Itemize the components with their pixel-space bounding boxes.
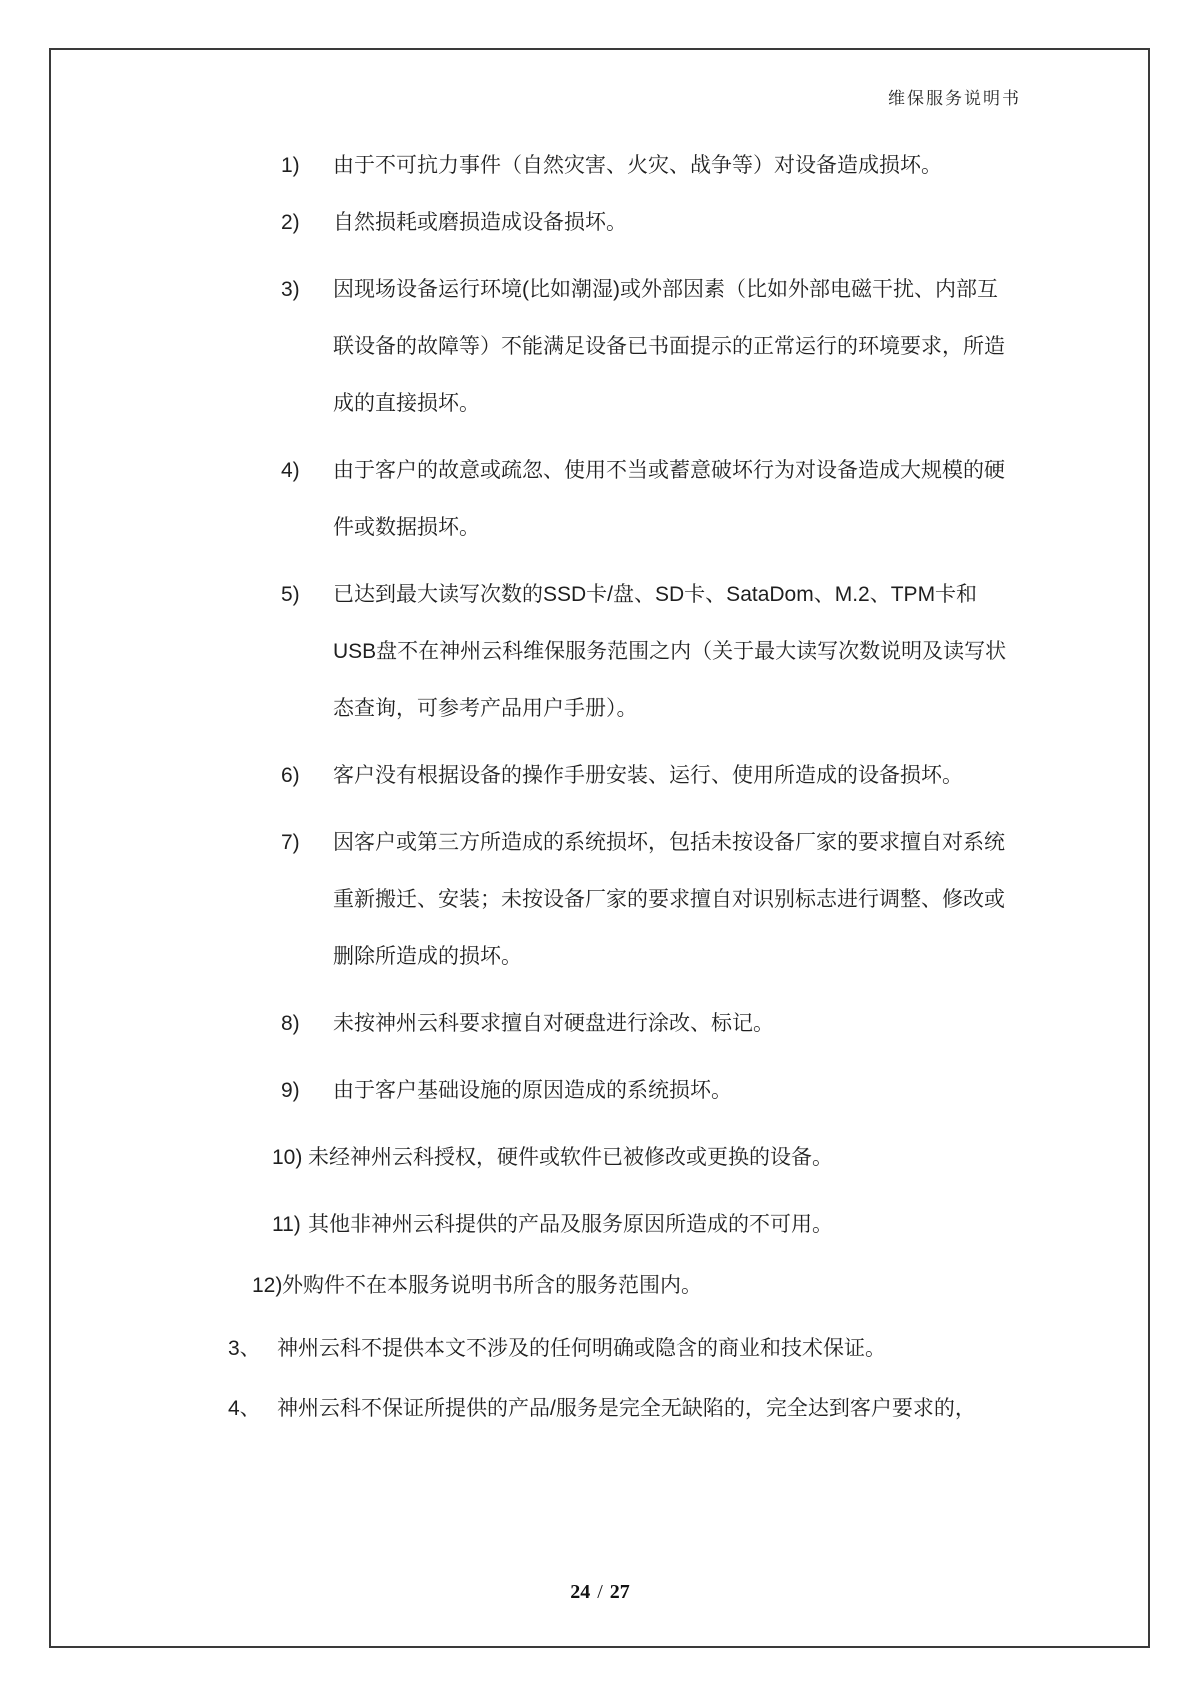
- text-line: 客户没有根据设备的操作手册安装、运行、使用所造成的设备损坏。: [333, 747, 963, 804]
- list-item-outer-3-text: 神州云科不提供本文不涉及的任何明确或隐含的商业和技术保证。: [277, 1320, 886, 1377]
- list-item-10-text: 未经神州云科授权，硬件或软件已被修改或更换的设备。: [308, 1129, 833, 1186]
- list-item-1-number: 1): [281, 137, 333, 194]
- list-item-6-text: 客户没有根据设备的操作手册安装、运行、使用所造成的设备损坏。: [333, 747, 963, 804]
- list-item-3-number: 3): [281, 261, 333, 432]
- list-item-5-number: 5): [281, 566, 333, 737]
- text-line: 由于客户的故意或疏忽、使用不当或蓄意破坏行为对设备造成大规模的硬: [333, 442, 1005, 499]
- list-item-7: 7) 因客户或第三方所造成的系统损坏，包括未按设备厂家的要求擅自对系统 重新搬迁…: [281, 814, 1200, 985]
- text-line: 未经神州云科授权，硬件或软件已被修改或更换的设备。: [308, 1129, 833, 1186]
- list-item-3-text: 因现场设备运行环境(比如潮湿)或外部因素（比如外部电磁干扰、内部互 联设备的故障…: [333, 261, 1005, 432]
- text-line: 态查询，可参考产品用户手册）。: [333, 680, 1006, 737]
- list-item-6-number: 6): [281, 747, 333, 804]
- list-item-outer-3-number: 3、: [228, 1320, 277, 1377]
- list-item-8-text: 未按神州云科要求擅自对硬盘进行涂改、标记。: [333, 995, 774, 1052]
- text-line: 已达到最大读写次数的SSD卡/盘、SD卡、SataDom、M.2、TPM卡和: [333, 566, 1006, 623]
- list-item-4-text: 由于客户的故意或疏忽、使用不当或蓄意破坏行为对设备造成大规模的硬 件或数据损坏。: [333, 442, 1005, 556]
- text-line: 神州云科不保证所提供的产品/服务是完全无缺陷的，完全达到客户要求的，: [277, 1380, 976, 1437]
- list-item-12-number: 12): [252, 1257, 282, 1314]
- list-item-3: 3) 因现场设备运行环境(比如潮湿)或外部因素（比如外部电磁干扰、内部互 联设备…: [281, 261, 1200, 432]
- list-item-outer-4: 4、 神州云科不保证所提供的产品/服务是完全无缺陷的，完全达到客户要求的，: [228, 1380, 1200, 1437]
- page-number-current: 24: [570, 1581, 590, 1603]
- document-title: 维保服务说明书: [888, 89, 1021, 108]
- page-header: 维保服务说明书: [0, 84, 1021, 109]
- list-item-5-text: 已达到最大读写次数的SSD卡/盘、SD卡、SataDom、M.2、TPM卡和 U…: [333, 566, 1006, 737]
- list-item-7-number: 7): [281, 814, 333, 985]
- text-line: 因现场设备运行环境(比如潮湿)或外部因素（比如外部电磁干扰、内部互: [333, 261, 1005, 318]
- list-item-5: 5) 已达到最大读写次数的SSD卡/盘、SD卡、SataDom、M.2、TPM卡…: [281, 566, 1200, 737]
- text-line: 删除所造成的损坏。: [333, 928, 1005, 985]
- list-item-10-number: 10): [272, 1129, 308, 1186]
- page-number-total: 27: [610, 1581, 630, 1603]
- list-item-9: 9) 由于客户基础设施的原因造成的系统损坏。: [281, 1062, 1200, 1119]
- text-line: 件或数据损坏。: [333, 499, 1005, 556]
- list-item-9-number: 9): [281, 1062, 333, 1119]
- list-item-9-text: 由于客户基础设施的原因造成的系统损坏。: [333, 1062, 732, 1119]
- list-item-outer-3: 3、 神州云科不提供本文不涉及的任何明确或隐含的商业和技术保证。: [228, 1320, 1200, 1377]
- list-item-10: 10) 未经神州云科授权，硬件或软件已被修改或更换的设备。: [272, 1129, 1200, 1186]
- list-item-1-text: 由于不可抗力事件（自然灾害、火灾、战争等）对设备造成损坏。: [333, 137, 942, 194]
- text-line: USB盘不在神州云科维保服务范围之内（关于最大读写次数说明及读写状: [333, 623, 1006, 680]
- text-line: 神州云科不提供本文不涉及的任何明确或隐含的商业和技术保证。: [277, 1320, 886, 1377]
- list-item-2-number: 2): [281, 194, 333, 251]
- list-item-1: 1) 由于不可抗力事件（自然灾害、火灾、战争等）对设备造成损坏。: [281, 137, 1200, 194]
- text-line: 成的直接损坏。: [333, 375, 1005, 432]
- document-body: 1) 由于不可抗力事件（自然灾害、火灾、战争等）对设备造成损坏。 2) 自然损耗…: [0, 137, 1200, 1447]
- page-footer: 24/27: [0, 1578, 1200, 1606]
- text-line: 联设备的故障等）不能满足设备已书面提示的正常运行的环境要求，所造: [333, 318, 1005, 375]
- list-item-12-text: 外购件不在本服务说明书所含的服务范围内。: [282, 1257, 702, 1314]
- list-item-8: 8) 未按神州云科要求擅自对硬盘进行涂改、标记。: [281, 995, 1200, 1052]
- text-line: 未按神州云科要求擅自对硬盘进行涂改、标记。: [333, 995, 774, 1052]
- list-item-6: 6) 客户没有根据设备的操作手册安装、运行、使用所造成的设备损坏。: [281, 747, 1200, 804]
- list-item-4: 4) 由于客户的故意或疏忽、使用不当或蓄意破坏行为对设备造成大规模的硬 件或数据…: [281, 442, 1200, 556]
- list-item-11: 11) 其他非神州云科提供的产品及服务原因所造成的不可用。: [272, 1196, 1200, 1253]
- text-line: 由于客户基础设施的原因造成的系统损坏。: [333, 1062, 732, 1119]
- list-item-7-text: 因客户或第三方所造成的系统损坏，包括未按设备厂家的要求擅自对系统 重新搬迁、安装…: [333, 814, 1005, 985]
- text-line: 其他非神州云科提供的产品及服务原因所造成的不可用。: [308, 1196, 833, 1253]
- list-item-2: 2) 自然损耗或磨损造成设备损坏。: [281, 194, 1200, 251]
- text-line: 重新搬迁、安装；未按设备厂家的要求擅自对识别标志进行调整、修改或: [333, 871, 1005, 928]
- list-item-4-number: 4): [281, 442, 333, 556]
- list-item-12: 12) 外购件不在本服务说明书所含的服务范围内。: [252, 1257, 1200, 1314]
- list-item-11-text: 其他非神州云科提供的产品及服务原因所造成的不可用。: [308, 1196, 833, 1253]
- list-item-outer-4-text: 神州云科不保证所提供的产品/服务是完全无缺陷的，完全达到客户要求的，: [277, 1380, 976, 1437]
- list-item-8-number: 8): [281, 995, 333, 1052]
- list-item-11-number: 11): [272, 1196, 308, 1253]
- list-item-outer-4-number: 4、: [228, 1380, 277, 1437]
- list-item-2-text: 自然损耗或磨损造成设备损坏。: [333, 194, 627, 251]
- text-line: 由于不可抗力事件（自然灾害、火灾、战争等）对设备造成损坏。: [333, 137, 942, 194]
- text-line: 因客户或第三方所造成的系统损坏，包括未按设备厂家的要求擅自对系统: [333, 814, 1005, 871]
- text-line: 自然损耗或磨损造成设备损坏。: [333, 194, 627, 251]
- page-number-separator: /: [590, 1581, 610, 1603]
- text-line: 外购件不在本服务说明书所含的服务范围内。: [282, 1257, 702, 1314]
